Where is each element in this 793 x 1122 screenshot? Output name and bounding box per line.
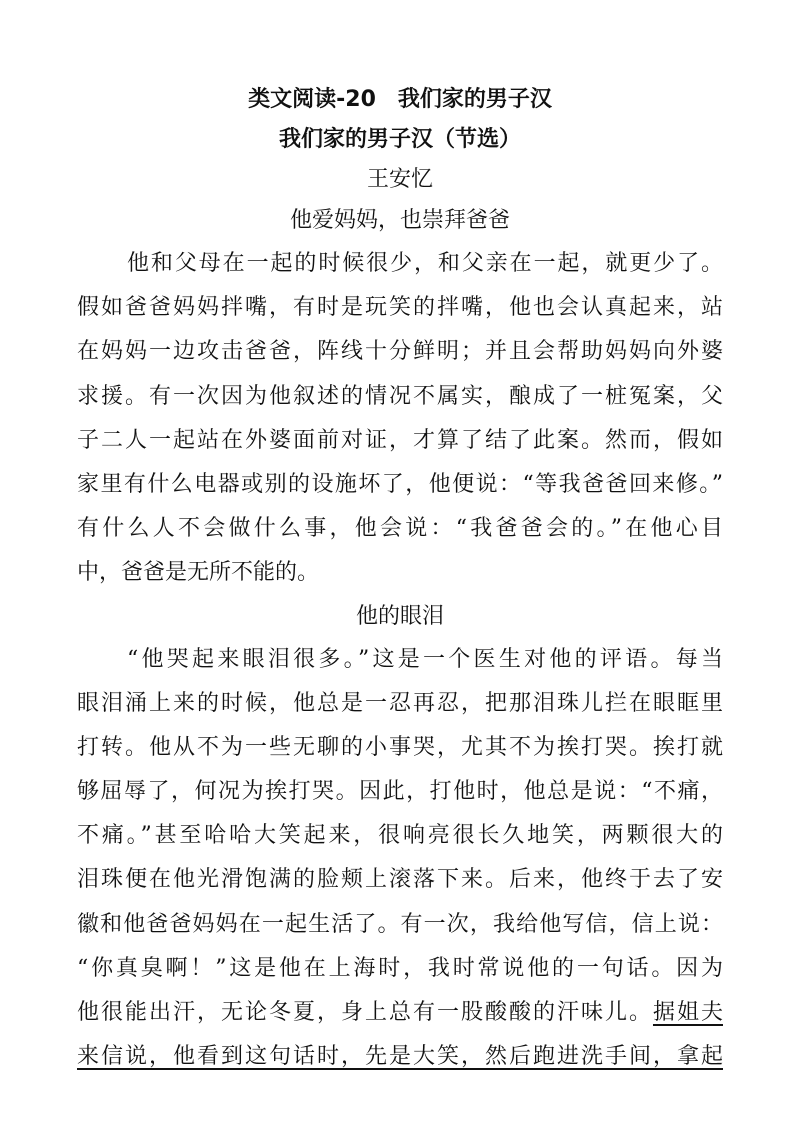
- document-title: 类文阅读-20 我们家的男子汉: [77, 80, 723, 120]
- text-line: 在妈妈一边攻击爸爸，阵线十分鲜明；并且会帮助妈妈向外婆: [77, 330, 723, 374]
- text-line: 打转。他从不为一些无聊的小事哭，尤其不为挨打哭。挨打就: [77, 726, 723, 770]
- paragraph-his-tears: “他哭起来眼泪很多。”这是一个医生对他的评语。每当 眼泪涌上来的时候，他总是一忍…: [77, 638, 723, 1080]
- underlined-text: 据姐夫: [653, 1000, 723, 1025]
- text-line-mixed: 他很能出汗，无论冬夏，身上总有一股酸酸的汗味儿。据姐夫: [77, 991, 723, 1035]
- text-line: “你真臭啊！”这是他在上海时，我时常说他的一句话。因为: [77, 947, 723, 991]
- text-line: “他哭起来眼泪很多。”这是一个医生对他的评语。每当: [77, 638, 723, 682]
- underlined-text-line: 来信说，他看到这句话时，先是大笑，然后跑进洗手间，拿起: [77, 1035, 723, 1079]
- text-line: 不痛。”甚至哈哈大笑起来，很响亮很长久地笑，两颗很大的: [77, 814, 723, 858]
- author-name: 王安忆: [77, 160, 723, 200]
- document-page: 类文阅读-20 我们家的男子汉 我们家的男子汉（节选） 王安忆 他爱妈妈，也崇拜…: [77, 80, 723, 1079]
- text-line: 中，爸爸是无所不能的。: [77, 551, 723, 595]
- text-line: 子二人一起站在外婆面前对证，才算了结了此案。然而，假如: [77, 419, 723, 463]
- paragraph-love-parents: 他和父母在一起的时候很少，和父亲在一起，就更少了。 假如爸爸妈妈拌嘴，有时是玩笑…: [77, 242, 723, 596]
- text-line: 他和父母在一起的时候很少，和父亲在一起，就更少了。: [77, 242, 723, 286]
- text-line: 家里有什么电器或别的设施坏了，他便说：“等我爸爸回来修。”: [77, 463, 723, 507]
- section-heading-his-tears: 他的眼泪: [77, 596, 723, 638]
- text-line: 徽和他爸爸妈妈在一起生活了。有一次，我给他写信，信上说：: [77, 903, 723, 947]
- text-line: 泪珠便在他光滑饱满的脸颊上滚落下来。后来，他终于去了安: [77, 858, 723, 902]
- plain-text: 他很能出汗，无论冬夏，身上总有一股酸酸的汗味儿。: [77, 1000, 653, 1025]
- section-heading-love-parents: 他爱妈妈，也崇拜爸爸: [77, 200, 723, 242]
- article-subtitle: 我们家的男子汉（节选）: [77, 120, 723, 160]
- text-line: 求援。有一次因为他叙述的情况不属实，酿成了一桩冤案，父: [77, 375, 723, 419]
- text-line: 假如爸爸妈妈拌嘴，有时是玩笑的拌嘴，他也会认真起来，站: [77, 286, 723, 330]
- text-line: 眼泪涌上来的时候，他总是一忍再忍，把那泪珠儿拦在眼眶里: [77, 682, 723, 726]
- text-line: 够屈辱了，何况为挨打哭。因此，打他时，他总是说：“不痛，: [77, 770, 723, 814]
- text-line: 有什么人不会做什么事，他会说：“我爸爸会的。”在他心目: [77, 507, 723, 551]
